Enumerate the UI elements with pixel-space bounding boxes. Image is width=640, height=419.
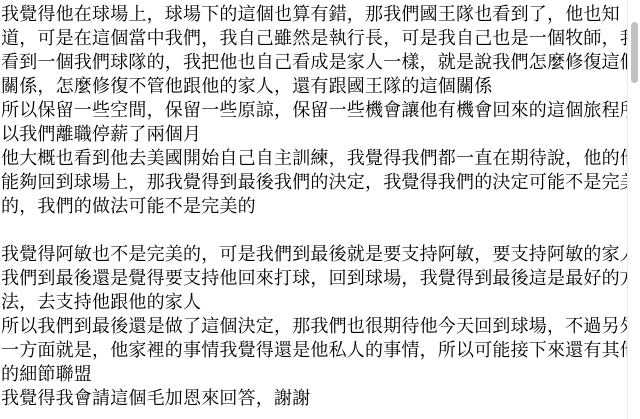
transcript-line: 關係，怎麼修復不管他跟他的家人，還有跟國王隊的這個關係 xyxy=(1,74,627,98)
transcript-line: 道，可是在這個當中我們，我自己雖然是執行長，可是我自己也是一個牧師，我 xyxy=(1,26,627,50)
transcript-page: 我覺得他在球場上，球場下的這個也算有錯，那我們國王隊也看到了，他也知 道，可是在… xyxy=(0,0,640,419)
transcript-line: 我們到最後還是覺得要支持他回來打球，回到球場，我覺得到最後這是最好的方 xyxy=(1,266,627,290)
paragraph-5: 所以我們到最後還是做了這個決定，那我們也很期待他今天回到球場，不過另外 一方面就… xyxy=(1,314,627,386)
paragraph-3: 他大概也看到他去美國開始自己自主訓練，我覺得我們都一直在期待說，他的他 能夠回到… xyxy=(1,146,627,218)
transcript-line: 能夠回到球場上，那我覺得到最後我們的決定，我覺得我們的決定可能不是完美 xyxy=(1,170,627,194)
paragraph-6: 我覺得我會請這個毛加恩來回答，謝謝 xyxy=(1,386,627,410)
transcript-line: 一方面就是，他家裡的事情我覺得還是他私人的事情，所以可能接下來還有其他 xyxy=(1,338,627,362)
transcript-line: 所以保留一些空間，保留一些原諒，保留一些機會讓他有機會回來的這個旅程所 xyxy=(1,98,627,122)
transcript-line: 我覺得阿敏也不是完美的，可是我們到最後就是要支持阿敏，要支持阿敏的家人 xyxy=(1,242,627,266)
transcript-line: 他大概也看到他去美國開始自己自主訓練，我覺得我們都一直在期待說，他的他 xyxy=(1,146,627,170)
transcript-line: 我覺得他在球場上，球場下的這個也算有錯，那我們國王隊也看到了，他也知 xyxy=(1,2,627,26)
transcript-line: 的，我們的做法可能不是完美的 xyxy=(1,194,627,218)
transcript-line: 所以我們到最後還是做了這個決定，那我們也很期待他今天回到球場，不過另外 xyxy=(1,314,627,338)
paragraph-2: 所以保留一些空間，保留一些原諒，保留一些機會讓他有機會回來的這個旅程所 以我們離… xyxy=(1,98,627,146)
transcript-line: 看到一個我們球隊的，我把他也自己看成是家人一樣，就是說我們怎麼修復這個 xyxy=(1,50,627,74)
scrollbar-thumb[interactable] xyxy=(631,22,638,83)
paragraph-gap xyxy=(1,218,627,242)
transcript-line: 以我們離職停薪了兩個月 xyxy=(1,122,627,146)
scrollbar-track[interactable] xyxy=(627,0,640,419)
transcript-line: 的細節聯盟 xyxy=(1,362,627,386)
paragraph-1: 我覺得他在球場上，球場下的這個也算有錯，那我們國王隊也看到了，他也知 道，可是在… xyxy=(1,2,627,98)
transcript-line: 我覺得我會請這個毛加恩來回答，謝謝 xyxy=(1,386,627,410)
paragraph-4: 我覺得阿敏也不是完美的，可是我們到最後就是要支持阿敏，要支持阿敏的家人 我們到最… xyxy=(1,242,627,314)
transcript-text-area: 我覺得他在球場上，球場下的這個也算有錯，那我們國王隊也看到了，他也知 道，可是在… xyxy=(0,0,627,419)
transcript-line: 法，去支持他跟他的家人 xyxy=(1,290,627,314)
